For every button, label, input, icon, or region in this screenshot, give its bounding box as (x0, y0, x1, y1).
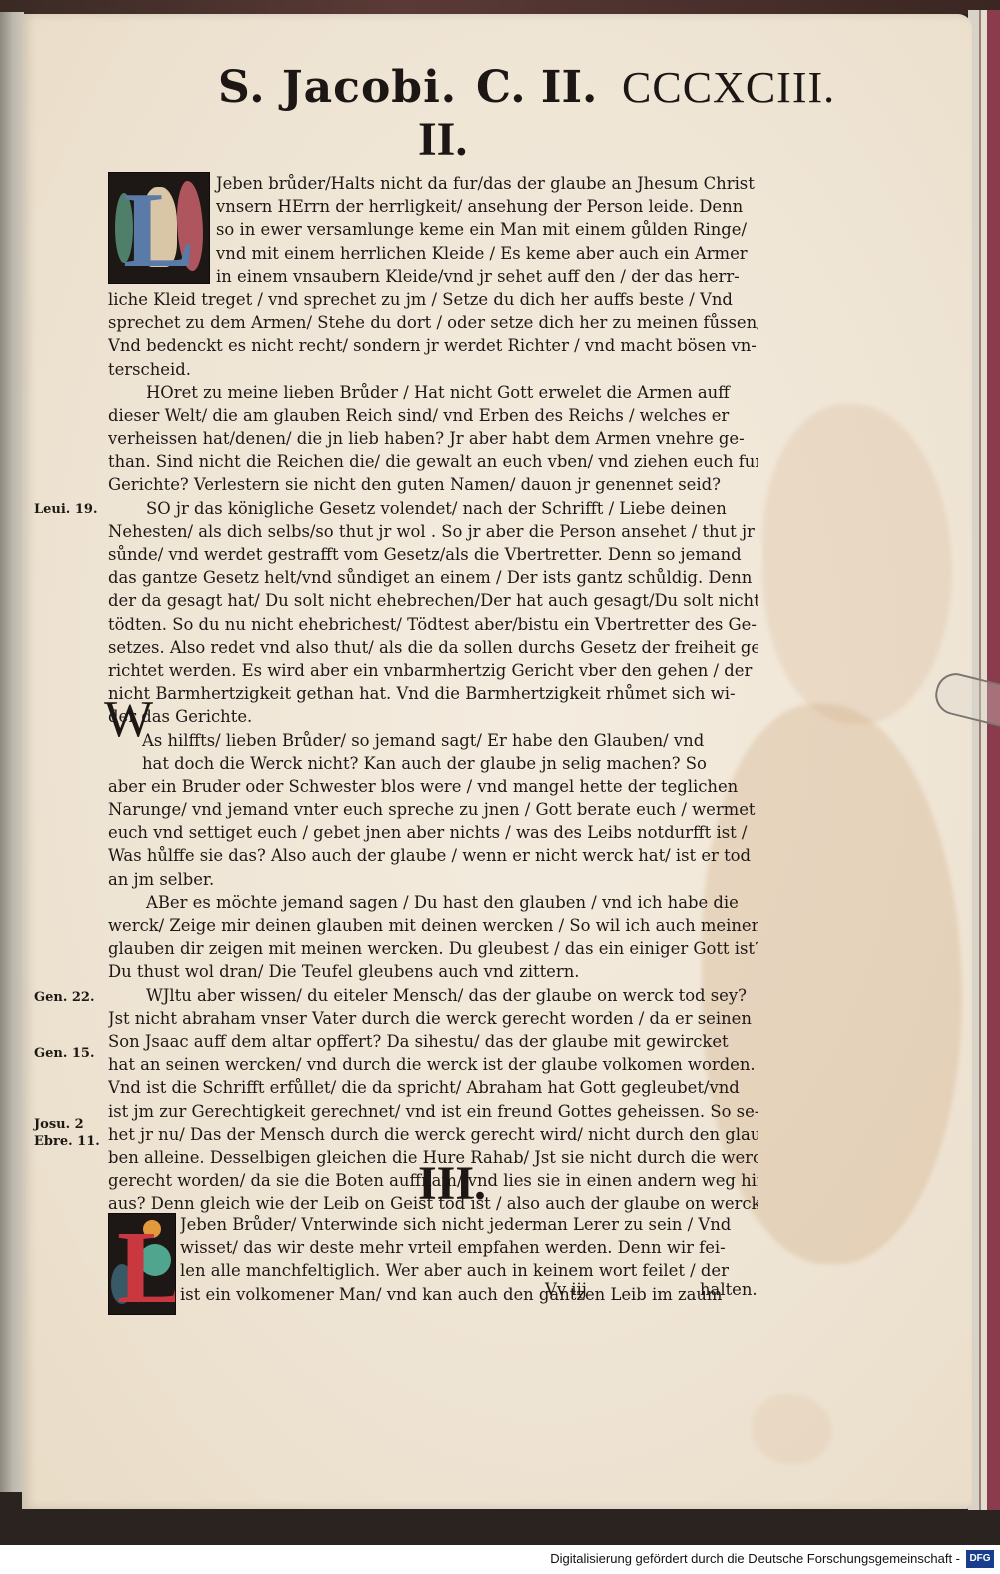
text-line: HOret zu meine lieben Brůder / Hat nicht… (108, 381, 758, 404)
text-line: das gantze Gesetz helt/vnd sůndiget an e… (108, 566, 758, 589)
book-title: S. Jacobi. (218, 62, 457, 113)
text-line: SO jr das königliche Gesetz volendet/ na… (108, 497, 758, 520)
dfg-logo-icon: DFG (966, 1550, 994, 1568)
text-line: der da gesagt hat/ Du solt nicht ehebrec… (108, 589, 758, 612)
text-line: vnsern HErrn der herrligkeit/ ansehung d… (108, 195, 758, 218)
binding-edge (0, 0, 1000, 14)
facing-page (0, 12, 24, 1492)
text-line: Gerichte? Verlestern sie nicht den guten… (108, 473, 758, 496)
text-line: liche Kleid treget / vnd sprechet zu jm … (108, 288, 758, 311)
text-line: het jr nu/ Das der Mensch durch die werc… (108, 1123, 758, 1146)
text-line: aber ein Bruder oder Schwester blos were… (108, 775, 758, 798)
text-line: werck/ Zeige mir deinen glauben mit dein… (108, 914, 758, 937)
running-header: S. Jacobi. C. II. CCCXCIII. (218, 62, 878, 122)
text-line: Was hůlffe sie das? Also auch der glaube… (108, 844, 758, 867)
text-line: Jst nicht abraham vnser Vater durch die … (108, 1007, 758, 1030)
chapter-2-text: Jeben brůder/Halts nicht da fur/das der … (108, 172, 758, 1239)
text-line: sůnde/ vnd werdet gestrafft vom Gesetz/a… (108, 543, 758, 566)
text-line: hat doch die Werck nicht? Kan auch der g… (108, 752, 758, 775)
text-line: setzes. Also redet vnd also thut/ als di… (108, 636, 758, 659)
chapter-3-text: Jeben Brůder/ Vnterwinde sich nicht jede… (180, 1213, 758, 1306)
text-line: Vnd bedenckt es nicht recht/ sondern jr … (108, 334, 758, 357)
page-edges (968, 10, 1000, 1510)
text-line: Jeben brůder/Halts nicht da fur/das der … (108, 172, 758, 195)
text-line: hat an seinen wercken/ vnd durch die wer… (108, 1053, 758, 1076)
margin-reference: Gen. 22. (34, 990, 95, 1005)
margin-reference: Josu. 2 (34, 1117, 84, 1132)
text-line: euch vnd settiget euch / gebet jnen aber… (108, 821, 758, 844)
text-line: Nehesten/ als dich selbs/so thut jr wol … (108, 520, 758, 543)
text-line: wisset/ das wir deste mehr vrteil empfah… (180, 1236, 758, 1259)
text-line: Jeben Brůder/ Vnterwinde sich nicht jede… (180, 1213, 758, 1236)
water-stain (762, 404, 952, 724)
text-line: than. Sind nicht die Reichen die/ die ge… (108, 450, 758, 473)
text-line: Narunge/ vnd jemand vnter euch spreche z… (108, 798, 758, 821)
water-stain (752, 1394, 832, 1464)
text-line: Son Jsaac auff dem altar opffert? Da sih… (108, 1030, 758, 1053)
text-line: terscheid. (108, 358, 758, 381)
text-line: nicht Barmhertzigkeit gethan hat. Vnd di… (108, 682, 758, 705)
initial-letter: L (117, 1213, 176, 1315)
text-line: ist ein volkomener Man/ vnd kan auch den… (180, 1283, 758, 1306)
text-line: so in ewer versamlunge keme ein Man mit … (108, 218, 758, 241)
text-line: der das Gerichte. (108, 705, 758, 728)
text-line: WJltu aber wissen/ du eiteler Mensch/ da… (108, 984, 758, 1007)
text-line: Vnd ist die Schrifft erfůllet/ die da sp… (108, 1076, 758, 1099)
text-line: an jm selber. (108, 868, 758, 891)
text-line: vnd mit einem herrlichen Kleide / Es kem… (108, 242, 758, 265)
signature-mark: Vv iij (545, 1280, 587, 1299)
text-line: richtet werden. Es wird aber ein vnbarmh… (108, 659, 758, 682)
chapter-heading-ii: II. (418, 112, 467, 167)
decorated-initial-l: L (108, 1213, 176, 1315)
funding-credit: Digitalisierung gefördert durch die Deut… (550, 1551, 960, 1566)
text-line: len alle manchfeltiglich. Wer aber auch … (180, 1259, 758, 1282)
text-line: verheissen hat/denen/ die jn lieb haben?… (108, 427, 758, 450)
text-line: ist jm zur Gerechtigkeit gerechnet/ vnd … (108, 1100, 758, 1123)
folio-number: CCCXCIII. (622, 62, 835, 113)
catchword: halten. (700, 1280, 758, 1299)
footer-bar: Digitalisierung gefördert durch die Deut… (0, 1545, 1000, 1574)
text-line: dieser Welt/ die am glauben Reich sind/ … (108, 404, 758, 427)
chapter-heading-iii: III. (418, 1156, 486, 1211)
text-line: in einem vnsaubern Kleide/vnd jr sehet a… (108, 265, 758, 288)
margin-reference: Gen. 15. (34, 1046, 95, 1061)
text-line: ABer es möchte jemand sagen / Du hast de… (108, 891, 758, 914)
text-line: sprechet zu dem Armen/ Stehe du dort / o… (108, 311, 758, 334)
book-scan: S. Jacobi. C. II. CCCXCIII. II. L Jeben … (0, 0, 1000, 1545)
text-line: As hilffts/ lieben Brůder/ so jemand sag… (108, 729, 758, 752)
text-line: Du thust wol dran/ Die Teufel gleubens a… (108, 960, 758, 983)
text-line: tödten. So du nu nicht ehebrichest/ Tödt… (108, 613, 758, 636)
margin-reference: Ebre. 11. (34, 1134, 100, 1149)
text-line: glauben dir zeigen mit meinen wercken. D… (108, 937, 758, 960)
initial-letter-w: W (104, 690, 153, 749)
margin-reference: Leui. 19. (34, 502, 97, 517)
chapter-label: C. II. (476, 62, 597, 113)
